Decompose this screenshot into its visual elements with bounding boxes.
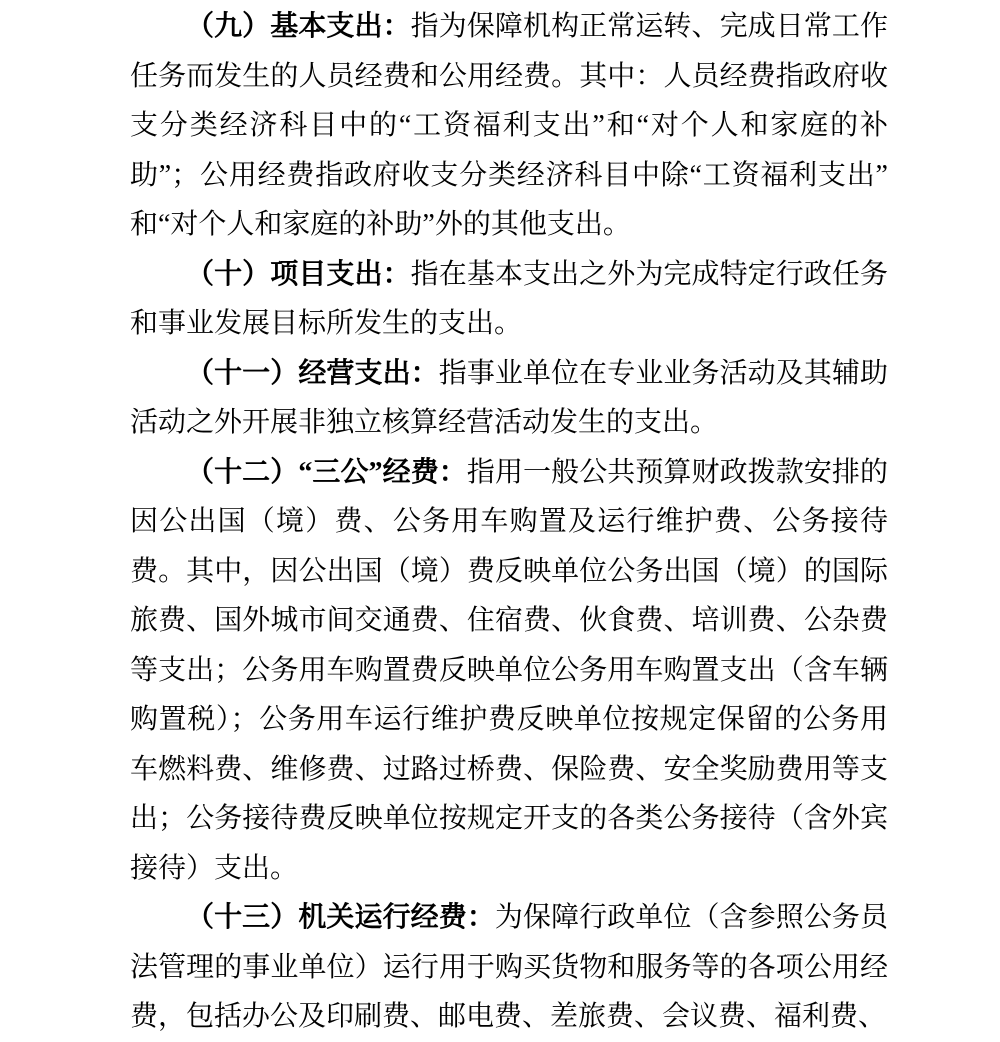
document-page: （九）基本支出：指为保障机构正常运转、完成日常工作任务而发生的人员经费和公用经费…	[0, 0, 1000, 1042]
paragraph-item-12-lead: （十二）“三公”经费：	[186, 457, 467, 488]
paragraph-item-10-lead: （十）项目支出：	[186, 259, 411, 290]
paragraph-item-13: （十三）机关运行经费：为保障行政单位（含参照公务员法管理的事业单位）运行用于购买…	[130, 893, 888, 1042]
paragraph-item-9-lead: （九）基本支出：	[186, 11, 411, 42]
paragraph-item-11-lead: （十一）经营支出：	[186, 358, 439, 389]
paragraph-item-9: （九）基本支出：指为保障机构正常运转、完成日常工作任务而发生的人员经费和公用经费…	[130, 2, 888, 250]
paragraph-item-9-body: 指为保障机构正常运转、完成日常工作任务而发生的人员经费和公用经费。其中：人员经费…	[130, 11, 888, 240]
paragraph-item-11: （十一）经营支出：指事业单位在专业业务活动及其辅助活动之外开展非独立核算经营活动…	[130, 349, 888, 448]
paragraph-item-12: （十二）“三公”经费：指用一般公共预算财政拨款安排的因公出国（境）费、公务用车购…	[130, 448, 888, 894]
paragraph-item-10: （十）项目支出：指在基本支出之外为完成特定行政任务和事业发展目标所发生的支出。	[130, 250, 888, 349]
paragraph-item-13-lead: （十三）机关运行经费：	[186, 902, 495, 933]
paragraph-item-12-body: 指用一般公共预算财政拨款安排的因公出国（境）费、公务用车购置及运行维护费、公务接…	[130, 457, 888, 884]
